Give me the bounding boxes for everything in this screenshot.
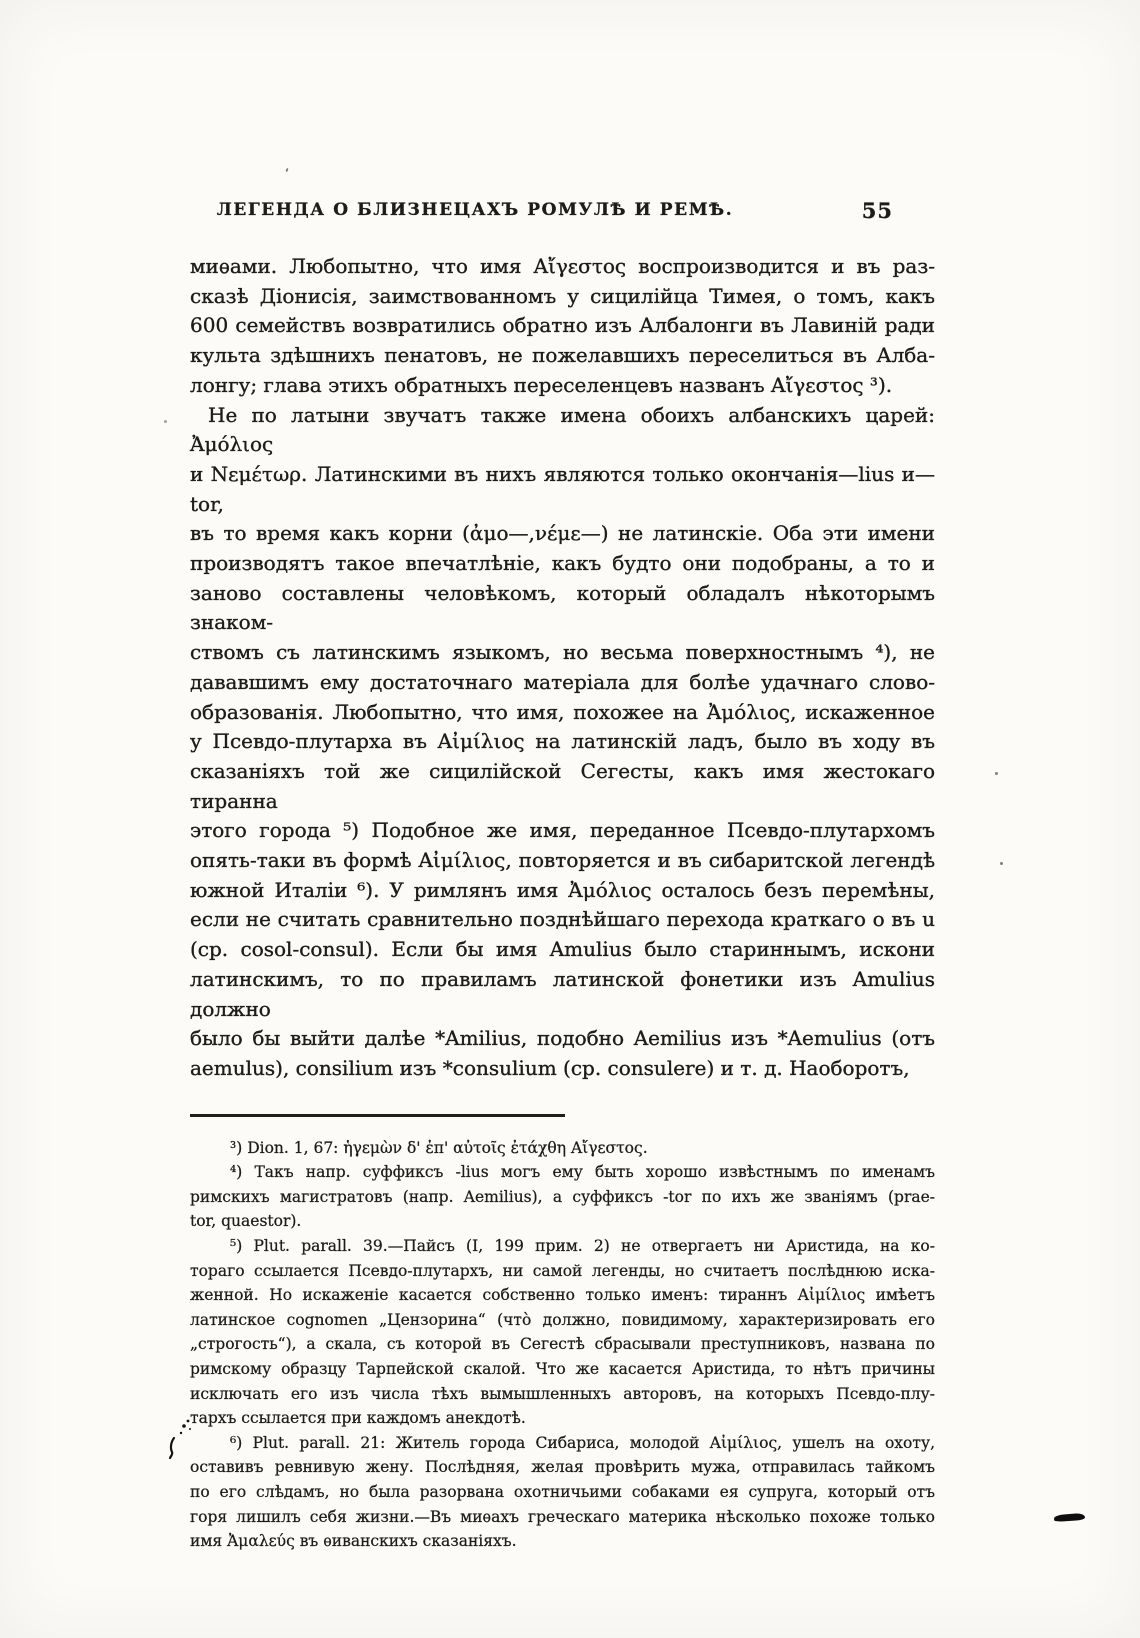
main-text: миѳами. Любопытно, что имя Αἴγεστος восп… xyxy=(190,252,935,1084)
text-line: имя Ἀμαλεύς въ ѳиванскихъ сказаніяхъ. xyxy=(190,1529,935,1554)
text-line: у Псевдо-плутарха въ Αἰμίλιος на латинск… xyxy=(190,727,935,757)
ink-dash-mark xyxy=(1054,1513,1085,1522)
scan-speck xyxy=(1000,862,1003,865)
text-line: оставивъ ревнивую жену. Послѣдняя, желая… xyxy=(190,1455,935,1480)
footnote-4: ⁴) Такъ напр. суффиксъ -lius могъ ему бы… xyxy=(190,1160,935,1234)
text-line: (ср. cosol-consul). Если бы имя Amulius … xyxy=(190,935,935,965)
text-line: римскихъ магистратовъ (напр. Aemilius), … xyxy=(190,1185,935,1210)
text-line: этого города ⁵) Подобное же имя, передан… xyxy=(190,816,935,846)
text-line: если не считать сравнительно позднѣйшаго… xyxy=(190,905,935,935)
scan-speck xyxy=(995,772,998,775)
text-block: ЛЕГЕНДА О БЛИЗНЕЦАХЪ РОМУЛѢ И РЕМѢ. 55 м… xyxy=(190,200,935,1554)
text-line: культа здѣшнихъ пенатовъ, не пожелавшихъ… xyxy=(190,341,935,371)
text-line: aemulus), consilium изъ *consulium (ср. … xyxy=(190,1054,935,1084)
footnote-3: ³) Dion. 1, 67: ἡγεμὼν δ' ἐπ' αὐτοῖς ἐτά… xyxy=(190,1136,935,1161)
text-line: заново составлены человѣкомъ, который об… xyxy=(190,579,935,638)
text-line: латинскимъ, то по правиламъ латинской фо… xyxy=(190,965,935,1024)
running-head-title: ЛЕГЕНДА О БЛИЗНЕЦАХЪ РОМУЛѢ И РЕМѢ. xyxy=(217,200,733,220)
text-line: ⁵) Plut. parall. 39.—Пайсъ (I, 199 прим.… xyxy=(190,1234,935,1259)
text-line: тархъ ссылается при каждомъ анекдотѣ. xyxy=(190,1406,935,1431)
text-line: tor, quaestor). xyxy=(190,1209,935,1234)
text-line: по его слѣдамъ, но была разорвана охотни… xyxy=(190,1480,935,1505)
footnote-6: ⁶) Plut. parall. 21: Житель города Сибар… xyxy=(190,1431,935,1554)
scan-speck xyxy=(285,168,288,172)
paragraph: Не по латыни звучатъ также имена обоихъ … xyxy=(190,401,935,1084)
book-page: ЛЕГЕНДА О БЛИЗНЕЦАХЪ РОМУЛѢ И РЕМѢ. 55 м… xyxy=(0,0,1140,1638)
text-line: Не по латыни звучатъ также имена обоихъ … xyxy=(190,401,935,460)
text-line: женной. Но искаженіе касается собственно… xyxy=(190,1283,935,1308)
text-line: южной Италіи ⁶). У римлянъ имя Ἀμόλιος о… xyxy=(190,876,935,906)
text-line: 600 семействъ возвратились обратно изъ А… xyxy=(190,311,935,341)
text-line: дававшимъ ему достаточнаго матеріала для… xyxy=(190,668,935,698)
running-head: ЛЕГЕНДА О БЛИЗНЕЦАХЪ РОМУЛѢ И РЕМѢ. 55 xyxy=(190,200,935,226)
text-line: ⁴) Такъ напр. суффиксъ -lius могъ ему бы… xyxy=(190,1160,935,1185)
text-line: лонгу; глава этихъ обратныхъ переселенце… xyxy=(190,371,935,401)
text-line: опять-таки въ формѣ Αἰμίλιος, повторяетс… xyxy=(190,846,935,876)
scan-speck xyxy=(164,420,167,423)
text-line: римскому образцу Тарпейской скалой. Что … xyxy=(190,1357,935,1382)
text-line: ствомъ съ латинскимъ языкомъ, но весьма … xyxy=(190,638,935,668)
text-line: латинское cognomen „Цензорина“ (чтò долж… xyxy=(190,1308,935,1333)
text-line: тораго ссылается Псевдо-плутархъ, ни сам… xyxy=(190,1259,935,1284)
text-line: горя лишилъ себя жизни.—Въ миѳахъ гречес… xyxy=(190,1505,935,1530)
footnote-5: ⁵) Plut. parall. 39.—Пайсъ (I, 199 прим.… xyxy=(190,1234,935,1431)
text-line: сказѣ Діонисія, заимствованномъ у сицилі… xyxy=(190,282,935,312)
footnotes-section: ³) Dion. 1, 67: ἡγεμὼν δ' ἐπ' αὐτοῖς ἐτά… xyxy=(190,1136,935,1554)
footnote-separator-rule xyxy=(190,1114,565,1117)
page-number: 55 xyxy=(862,198,893,223)
paragraph: миѳами. Любопытно, что имя Αἴγεστος восп… xyxy=(190,252,935,401)
text-line: и Νεμέτωρ. Латинскими въ нихъ являются т… xyxy=(190,460,935,519)
ink-smudge-mark xyxy=(168,1412,198,1460)
text-line: ⁶) Plut. parall. 21: Житель города Сибар… xyxy=(190,1431,935,1456)
text-line: сказаніяхъ той же сицилійской Сегесты, к… xyxy=(190,757,935,816)
text-line: ³) Dion. 1, 67: ἡγεμὼν δ' ἐπ' αὐτοῖς ἐτά… xyxy=(190,1136,935,1161)
text-line: было бы выйти далѣе *Amilius, подобно Ae… xyxy=(190,1024,935,1054)
text-line: въ то время какъ корни (ἀμο—,νέμε—) не л… xyxy=(190,519,935,549)
text-line: „строгость“), а скала, съ которой въ Сег… xyxy=(190,1332,935,1357)
text-line: производятъ такое впечатлѣніе, какъ будт… xyxy=(190,549,935,579)
text-line: образованія. Любопытно, что имя, похожее… xyxy=(190,698,935,728)
scan-speck xyxy=(930,856,932,858)
text-line: миѳами. Любопытно, что имя Αἴγεστος восп… xyxy=(190,252,935,282)
text-line: исключать его изъ числа тѣхъ вымышленных… xyxy=(190,1382,935,1407)
